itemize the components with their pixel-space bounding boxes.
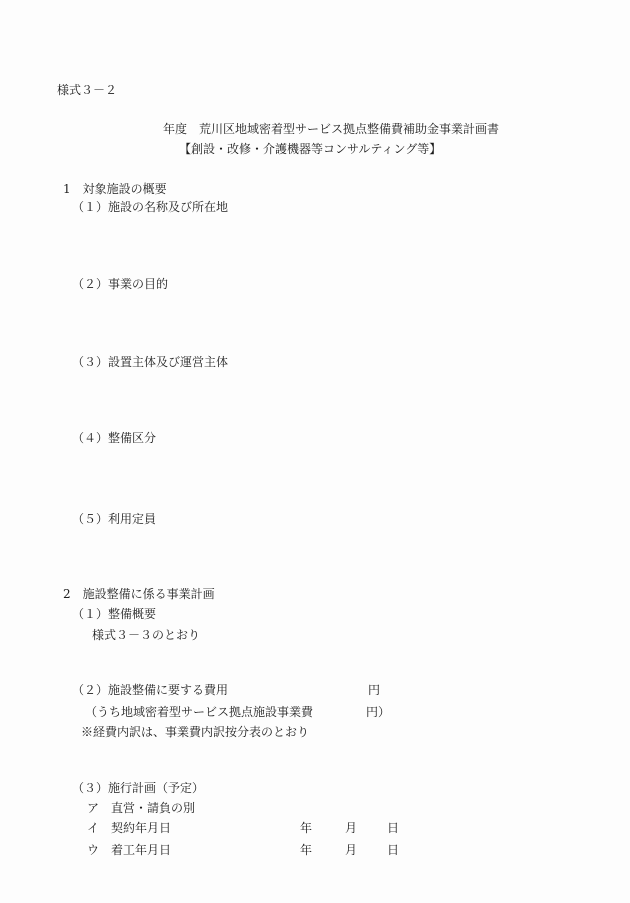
section1-item-capacity: （５）利用定員 [72,512,156,526]
section2-item-cost-sub-unit-yen: 円） [366,705,390,719]
section2-schedule-row-b-label: イ 契約年月日 [87,821,171,835]
form-number: 様式３－２ [57,83,117,97]
section2-item-cost-sub-label: （うち地域密着型サービス拠点施設事業費 [85,705,313,719]
section2-item-overview: （１）整備概要 [72,607,156,621]
start-date-year-label: 年 [300,843,312,857]
start-date-day-label: 日 [387,843,399,857]
section1-item-operator: （３）設置主体及び運営主体 [72,355,228,369]
section1-item-facility-name: （１）施設の名称及び所在地 [72,200,228,214]
section1-heading: 1 対象施設の概要 [63,182,167,196]
section1-item-maintenance-category: （４）整備区分 [72,431,156,445]
contract-date-year-label: 年 [300,821,312,835]
section2-heading: 2 施設整備に係る事業計画 [63,587,215,601]
section2-item-cost-label: （２）施設整備に要する費用 [72,683,228,697]
section1-item-purpose: （２）事業の目的 [72,277,168,291]
section2-item-cost-note: ※経費内訳は、事業費内訳按分表のとおり [81,725,309,739]
document-title: 年度 荒川区地域密着型サービス拠点整備費補助金事業計画書 [163,122,499,136]
section2-schedule-row-a: ア 直営・請負の別 [87,801,195,815]
section2-schedule-row-c-label: ウ 着工年月日 [87,843,171,857]
section2-item-overview-note: 様式３－３のとおり [92,628,200,642]
contract-date-month-label: 月 [345,821,357,835]
document-subtitle: 【創設・改修・介護機器等コンサルティング等】 [179,142,441,156]
section2-item-cost-unit-yen: 円 [368,683,380,697]
document-page: 様式３－２ 年度 荒川区地域密着型サービス拠点整備費補助金事業計画書 【創設・改… [0,0,630,903]
contract-date-day-label: 日 [387,821,399,835]
section2-item-schedule: （３）施行計画（予定） [72,781,204,795]
start-date-month-label: 月 [345,843,357,857]
